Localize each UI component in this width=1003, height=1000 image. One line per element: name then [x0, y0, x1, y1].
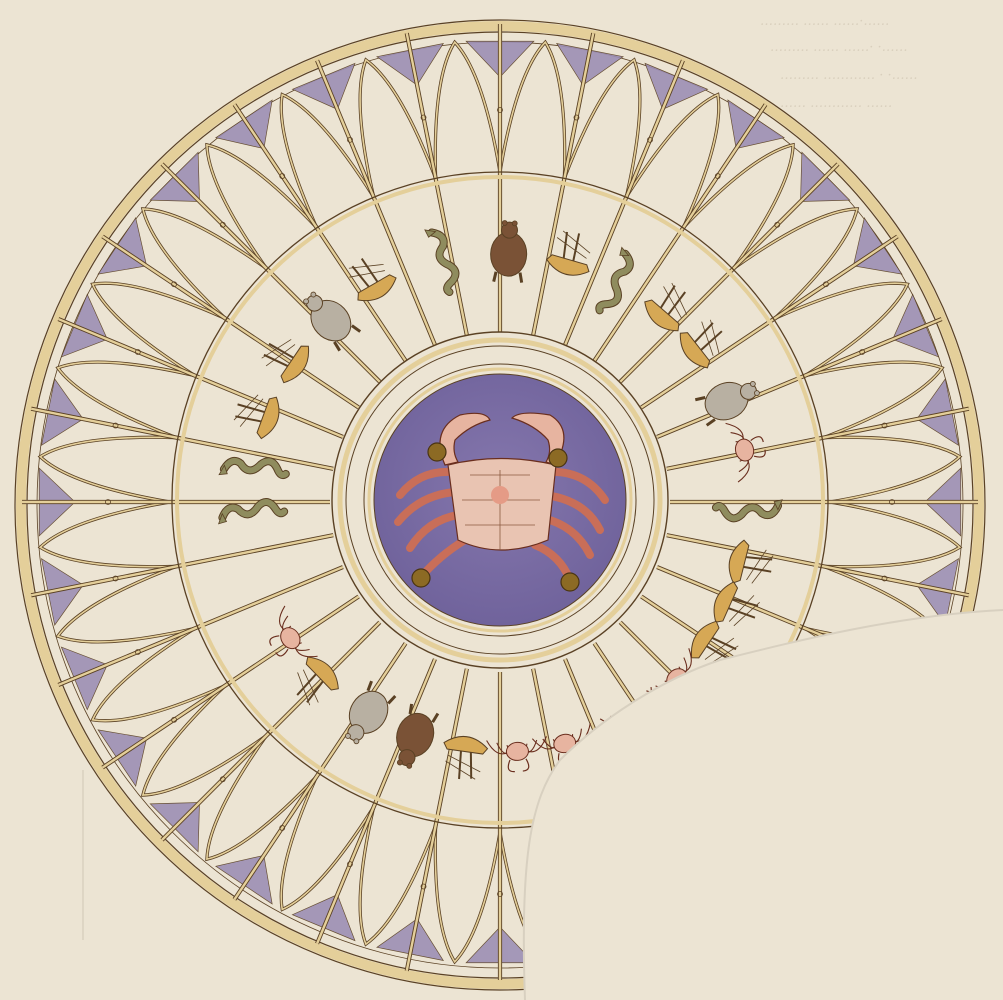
serpent-figure — [425, 225, 459, 294]
purple-triangle — [557, 919, 623, 961]
gothic-arch — [564, 807, 640, 944]
purple-triangle — [61, 647, 107, 710]
wheel-artwork — [15, 20, 985, 990]
gothic-arch — [683, 145, 793, 269]
bear-figure — [295, 284, 363, 354]
wind-rose-wheel — [0, 0, 1003, 1000]
bear-figure — [694, 371, 765, 429]
fleur-tie — [775, 777, 780, 782]
fleur-tie — [823, 717, 828, 722]
bear-figure — [490, 220, 528, 283]
gothic-arch — [143, 209, 267, 319]
torn-patch-edge — [524, 610, 1003, 1000]
purple-triangle — [801, 803, 850, 852]
purple-triangle — [893, 647, 939, 710]
manuscript-page: ……… …… ……·…… ……… …… ……· ·…… ……… ………… · ·… — [0, 0, 1003, 1000]
ship-figure — [639, 276, 700, 337]
purple-triangle — [645, 895, 708, 941]
purple-triangle — [853, 730, 902, 786]
gothic-arch — [683, 735, 793, 859]
gothic-arch — [207, 145, 317, 269]
fleur-tie — [648, 862, 653, 867]
ship-figure — [283, 651, 344, 713]
fleur-tie — [860, 650, 865, 655]
serpent-figure — [218, 501, 285, 523]
crab-figure — [487, 736, 549, 773]
bear-figure — [336, 679, 399, 750]
gothic-arch — [733, 209, 857, 319]
gothic-arch — [626, 776, 718, 909]
crab-figure — [532, 723, 598, 770]
gothic-arch — [733, 685, 857, 795]
fleur-tie — [574, 884, 579, 889]
purple-triangle — [728, 855, 784, 904]
purple-triangle — [292, 895, 355, 941]
fleur-tie — [715, 825, 720, 830]
